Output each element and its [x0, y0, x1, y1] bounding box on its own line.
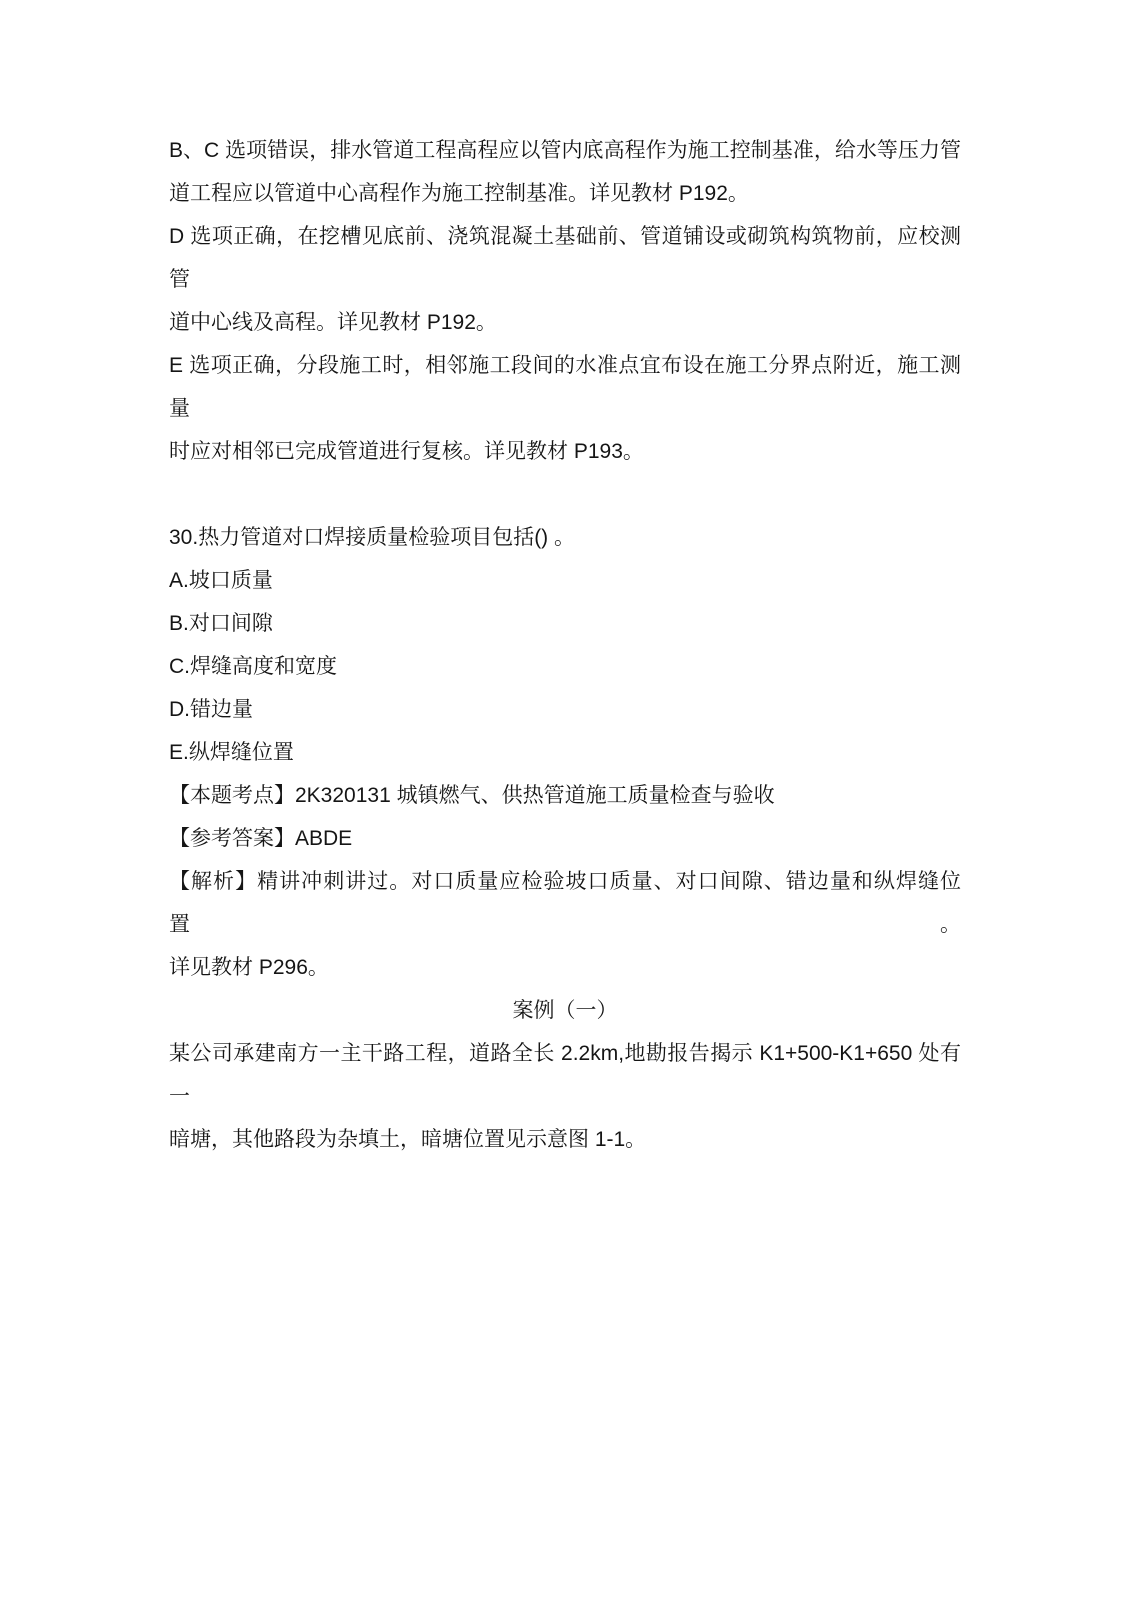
page-content: B、C 选项错误，排水管道工程高程应以管内底高程作为施工控制基准，给水等压力管 … — [169, 129, 961, 1161]
q29-explanation-option-e: E 选项正确，分段施工时，相邻施工段间的水准点宜布设在施工分界点附近，施工测量 … — [169, 344, 961, 473]
q29-explanation-option-bc: B、C 选项错误，排水管道工程高程应以管内底高程作为施工控制基准，给水等压力管 … — [169, 129, 961, 215]
question-30-option-a: A.坡口质量 — [169, 559, 961, 602]
q29-bc-line-2: 道工程应以管道中心高程作为施工控制基准。详见教材 P192。 — [169, 172, 961, 215]
question-30-reference-answer: 【参考答案】ABDE — [169, 817, 961, 860]
q29-explanation-option-d: D 选项正确，在挖槽见底前、浇筑混凝土基础前、管道铺设或砌筑构筑物前，应校测管 … — [169, 215, 961, 344]
question-30-option-c: C.焊缝高度和宽度 — [169, 645, 961, 688]
case-one-intro-line-2: 暗塘，其他路段为杂填土，暗塘位置见示意图 1-1。 — [169, 1118, 961, 1161]
case-one: 案例（一） 某公司承建南方一主干路工程，道路全长 2.2km,地勘报告揭示 K1… — [169, 989, 961, 1161]
case-one-intro-line-1: 某公司承建南方一主干路工程，道路全长 2.2km,地勘报告揭示 K1+500-K… — [169, 1032, 961, 1118]
question-30-analysis-line-2: 详见教材 P296。 — [169, 946, 961, 989]
question-30-option-d: D.错边量 — [169, 688, 961, 731]
question-30-option-b: B.对口间隙 — [169, 602, 961, 645]
blank-line — [169, 473, 961, 516]
q29-e-line-2: 时应对相邻已完成管道进行复核。详见教材 P193。 — [169, 430, 961, 473]
question-30-stem: 30.热力管道对口焊接质量检验项目包括() 。 — [169, 516, 961, 559]
q29-d-line-1: D 选项正确，在挖槽见底前、浇筑混凝土基础前、管道铺设或砌筑构筑物前，应校测管 — [169, 215, 961, 301]
q29-d-line-2: 道中心线及高程。详见教材 P192。 — [169, 301, 961, 344]
q29-e-line-1: E 选项正确，分段施工时，相邻施工段间的水准点宜布设在施工分界点附近，施工测量 — [169, 344, 961, 430]
question-30-option-e: E.纵焊缝位置 — [169, 731, 961, 774]
document-page: B、C 选项错误，排水管道工程高程应以管内底高程作为施工控制基准，给水等压力管 … — [0, 0, 1131, 1600]
q29-bc-line-1: B、C 选项错误，排水管道工程高程应以管内底高程作为施工控制基准，给水等压力管 — [169, 129, 961, 172]
question-30-analysis-line-1: 【解析】精讲冲刺讲过。对口质量应检验坡口质量、对口间隙、错边量和纵焊缝位置。 — [169, 860, 961, 946]
question-30-knowledge-point: 【本题考点】2K320131 城镇燃气、供热管道施工质量检查与验收 — [169, 774, 961, 817]
question-30: 30.热力管道对口焊接质量检验项目包括() 。 A.坡口质量 B.对口间隙 C.… — [169, 516, 961, 989]
case-one-heading: 案例（一） — [169, 989, 961, 1032]
